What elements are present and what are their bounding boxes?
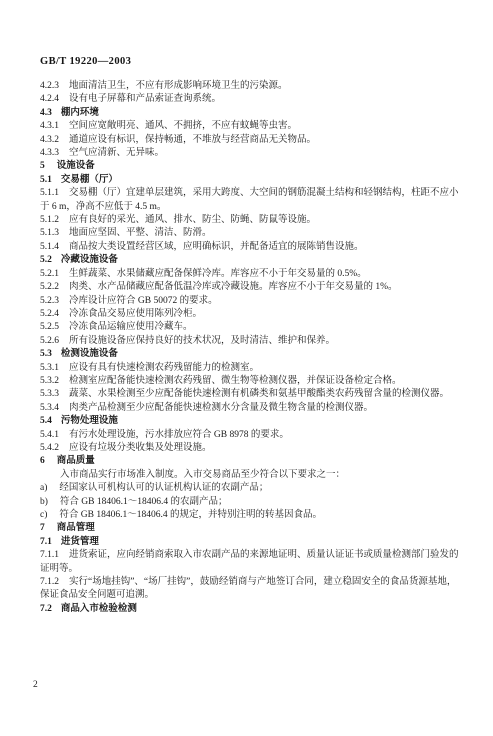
standard-number-header: GB/T 19220—2003 [40,56,131,67]
clause-line: 5.1.2应有良好的采光、通风、排水、防尘、防蝇、防鼠等设施。 [40,214,464,227]
clause-line: 5.1.1交易棚（厅）宜建单层建筑，采用大跨度、大空间的钢筋混凝土结构和轻钢结构… [40,187,464,214]
subsection-heading: 5.4污物处理设施 [40,415,464,428]
clause-text: 进货管理 [61,537,99,547]
clause-text: 有污水处理设施，污水排放应符合 GB 8978 的要求。 [69,430,289,440]
clause-number: 7.1 [40,537,52,547]
clause-text: 应设有具有快速检测农药残留能力的检测室。 [69,363,259,373]
clause-number: 4.2.3 [40,81,59,91]
clause-number: 5.2.5 [40,322,59,332]
page-number: 2 [33,680,38,690]
clause-number: 5.4 [40,416,52,426]
clause-line: 5.4.1有污水处理设施，污水排放应符合 GB 8978 的要求。 [40,429,464,442]
clause-line: 5.2.3冷库设计应符合 GB 50072 的要求。 [40,295,464,308]
clause-text: 冷库设计应符合 GB 50072 的要求。 [69,296,218,306]
clause-text: 冷藏设施设备 [61,255,118,265]
clause-text: 通道应设有标识，保持畅通，不堆放与经营商品无关物品。 [69,135,316,145]
clause-line: 5.3.3蔬菜、水果检测至少应配备能快速检测有机磷类和氨基甲酸酯类农药残留含量的… [40,388,464,401]
clause-text: 生鲜蔬菜、水果储藏应配备保鲜冷库。库容应不小于年交易量的 0.5%。 [69,269,367,279]
clause-text: 符合 GB 18406.1～18406.4 的农副产品； [60,497,228,507]
clause-text: 冷冻食品运输应使用冷藏车。 [69,322,193,332]
clause-text: 棚内环境 [61,108,99,118]
list-item: c)符合 GB 18406.1～18406.4 的规定，并特别注明的转基因食品。 [40,509,464,522]
clause-number: 5.3.4 [40,403,59,413]
clause-number: 4.3 [40,108,52,118]
clause-text: 污物处理设施 [61,416,118,426]
clause-text: 符合 GB 18406.1～18406.4 的规定，并特别注明的转基因食品。 [59,510,322,520]
clause-text: 应有良好的采光、通风、排水、防尘、防蝇、防鼠等设施。 [69,215,316,225]
clause-number: 5.3.2 [40,376,59,386]
clause-number: 5.2.6 [40,336,59,346]
list-item: a)经国家认可机构认可的认证机构认证的农副产品； [40,482,464,495]
list-item: b)符合 GB 18406.1～18406.4 的农副产品； [40,496,464,509]
clause-text: 进货索证，应向经销商索取入市农副产品的来源地证明、质量认证证书或质量检测部门验发… [40,550,459,573]
clause-line: 7.1.2实行“场地挂钩”、“场厂挂钩”，鼓励经销商与产地签订合同，建立稳固安全… [40,576,464,603]
clause-text: 检测室应配备能快速检测农药残留、微生物等检测仪器，并保证设备检定合格。 [69,376,402,386]
clause-number: 7.2 [40,604,52,614]
clause-number: 5.1 [40,175,52,185]
clause-line: 5.4.2应设有垃圾分类收集及处理设施。 [40,442,464,455]
clause-line: 5.1.3地面应坚固、平整、清洁、防滑。 [40,227,464,240]
clause-line: 4.2.4设有电子屏幕和产品索证查询系统。 [40,93,464,106]
clause-number: 5.2.2 [40,282,59,292]
clause-number: 5.3 [40,349,52,359]
clause-number: 5.3.3 [40,389,59,399]
clause-line: 4.3.3空气应清新、无异味。 [40,147,464,160]
clause-number: 5.1.2 [40,215,59,225]
clause-text: 肉类产品检测至少应配备能快速检测水分含量及微生物含量的检测仪器。 [69,403,373,413]
clause-text: 商品管理 [57,523,95,533]
paragraph: 入市商品实行市场准入制度。入市交易商品至少符合以下要求之一： [40,469,464,482]
clause-number: 5.1.3 [40,228,59,238]
clause-text: 设有电子屏幕和产品索证查询系统。 [69,94,221,104]
subsection-heading: 4.3棚内环境 [40,107,464,120]
clause-text: 蔬菜、水果检测至少应配备能快速检测有机磷类和氨基甲酸酯类农药残留含量的检测仪器。 [69,389,449,399]
clause-number: 7.1.1 [40,550,59,560]
clause-number: c) [40,510,47,520]
clause-text: 检测设施设备 [61,349,118,359]
clause-line: 4.3.2通道应设有标识，保持畅通，不堆放与经营商品无关物品。 [40,134,464,147]
clause-line: 5.2.1生鲜蔬菜、水果储藏应配备保鲜冷库。库容应不小于年交易量的 0.5%。 [40,268,464,281]
clause-line: 4.2.3地面清洁卫生，不应有形成影响环境卫生的污染源。 [40,80,464,93]
clause-number: 5.2 [40,255,52,265]
clause-line: 5.2.2肉类、水产品储藏应配备低温冷库或冷藏设施。库容应不小于年交易量的 1%… [40,281,464,294]
document-page: GB/T 19220—2003 4.2.3地面清洁卫生，不应有形成影响环境卫生的… [0,0,493,736]
clause-number: b) [40,497,48,507]
clause-number: 5.3.1 [40,363,59,373]
clause-line: 5.3.1应设有具有快速检测农药残留能力的检测室。 [40,362,464,375]
clause-line: 7.1.1进货索证，应向经销商索取入市农副产品的来源地证明、质量认证证书或质量检… [40,549,464,576]
clause-number: 4.3.1 [40,121,59,131]
clause-text: 交易棚（厅）宜建单层建筑，采用大跨度、大空间的钢筋混凝土结构和轻钢结构，柱距不应… [40,188,459,211]
clause-text: 商品质量 [57,456,95,466]
subsection-heading: 5.3检测设施设备 [40,348,464,361]
clause-line: 4.3.1空间应宽敞明亮、通风、不拥挤，不应有蚊蝇等虫害。 [40,120,464,133]
clause-number: 5.1.1 [40,188,59,198]
clause-text: 地面清洁卫生，不应有形成影响环境卫生的污染源。 [69,81,288,91]
clause-line: 5.3.2检测室应配备能快速检测农药残留、微生物等检测仪器，并保证设备检定合格。 [40,375,464,388]
clause-number: 4.2.4 [40,94,59,104]
clause-line: 5.1.4商品按大类设置经营区域，应明确标识，并配备适宜的展陈销售设施。 [40,241,464,254]
clause-number: 5.2.4 [40,309,59,319]
section-heading: 6商品质量 [40,455,464,468]
clause-number: 6 [40,456,45,466]
clause-text: 入市商品实行市场准入制度。入市交易商品至少符合以下要求之一： [60,470,345,480]
clause-number: 7 [40,523,45,533]
clause-number: 5.4.2 [40,443,59,453]
clause-line: 5.2.6所有设施设备应保持良好的技术状况，及时清洁、维护和保养。 [40,335,464,348]
clause-text: 空气应清新、无异味。 [69,148,164,158]
clause-text: 设施设备 [57,161,95,171]
clause-text: 实行“场地挂钩”、“场厂挂钩”，鼓励经销商与产地签订合同，建立稳固安全的食品货源… [40,577,456,600]
clause-text: 地面应坚固、平整、清洁、防滑。 [69,228,212,238]
clause-text: 经国家认可机构认可的认证机构认证的农副产品； [59,483,268,493]
clause-text: 交易棚（厅） [61,175,118,185]
clause-text: 应设有垃圾分类收集及处理设施。 [69,443,212,453]
clause-text: 肉类、水产品储藏应配备低温冷库或冷藏设施。库容应不小于年交易量的 1%。 [69,282,398,292]
clause-number: 5.1.4 [40,242,59,252]
clause-number: 5.4.1 [40,430,59,440]
section-heading: 5设施设备 [40,160,464,173]
clause-number: 5 [40,161,45,171]
subsection-heading: 7.2商品入市检验检测 [40,603,464,616]
clause-number: a) [40,483,47,493]
clause-line: 5.2.5冷冻食品运输应使用冷藏车。 [40,321,464,334]
clause-number: 5.2.3 [40,296,59,306]
subsection-heading: 7.1进货管理 [40,536,464,549]
clause-text: 商品入市检验检测 [61,604,137,614]
subsection-heading: 5.2冷藏设施设备 [40,254,464,267]
clause-text: 空间应宽敞明亮、通风、不拥挤，不应有蚊蝇等虫害。 [69,121,297,131]
clause-text: 冷冻食品交易应使用陈列冷柜。 [69,309,202,319]
clause-number: 7.1.2 [40,577,59,587]
clause-text: 所有设施设备应保持良好的技术状况，及时清洁、维护和保养。 [69,336,335,346]
clause-line: 5.2.4冷冻食品交易应使用陈列冷柜。 [40,308,464,321]
subsection-heading: 5.1交易棚（厅） [40,174,464,187]
clause-text: 商品按大类设置经营区域，应明确标识，并配备适宜的展陈销售设施。 [69,242,364,252]
clause-number: 5.2.1 [40,269,59,279]
document-body: 4.2.3地面清洁卫生，不应有形成影响环境卫生的污染源。4.2.4设有电子屏幕和… [40,80,464,616]
clause-number: 4.3.3 [40,148,59,158]
section-heading: 7商品管理 [40,522,464,535]
clause-number: 4.3.2 [40,135,59,145]
clause-line: 5.3.4肉类产品检测至少应配备能快速检测水分含量及微生物含量的检测仪器。 [40,402,464,415]
